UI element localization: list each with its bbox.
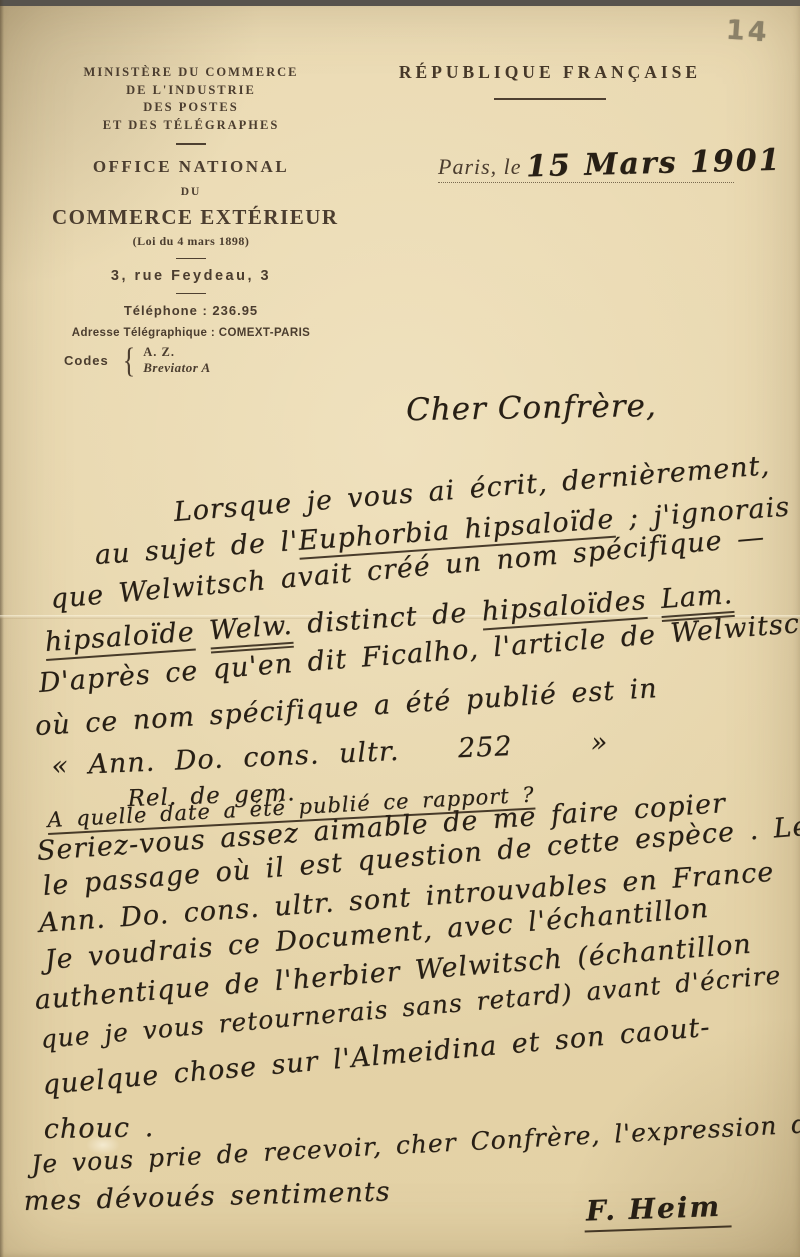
letterhead-divider bbox=[176, 143, 206, 145]
republic-title: RÉPUBLIQUE FRANÇAISE bbox=[383, 62, 717, 83]
handwritten-segment: mes dévoués sentiments bbox=[23, 1176, 391, 1217]
dateline-printed-label: Paris, le bbox=[438, 154, 522, 180]
scan-backdrop-strip bbox=[0, 0, 800, 6]
codes-label: Codes bbox=[64, 353, 109, 368]
salutation: Cher Confrère, bbox=[406, 388, 657, 428]
telegraphic-address: Adresse Télégraphique : COMEXT-PARIS bbox=[52, 327, 330, 339]
handwritten-date: 15 Mars 1901 bbox=[526, 143, 782, 185]
handwritten-line: chouc . bbox=[43, 1112, 154, 1145]
ministry-line: DES POSTES bbox=[52, 99, 330, 117]
handwritten-segment: distinct de bbox=[292, 597, 483, 641]
letter-page: 14 MINISTÈRE DU COMMERCE DE L'INDUSTRIE … bbox=[0, 0, 800, 1257]
commerce-exterieur-line: COMMERCE EXTÉRIEUR bbox=[52, 205, 330, 230]
office-national-line: OFFICE NATIONAL bbox=[52, 157, 330, 177]
ministry-line: MINISTÈRE DU COMMERCE bbox=[52, 64, 330, 82]
letterhead-block: MINISTÈRE DU COMMERCE DE L'INDUSTRIE DES… bbox=[52, 64, 330, 376]
ministry-line: ET DES TÉLÉGRAPHES bbox=[52, 117, 330, 135]
handwritten-segment bbox=[194, 616, 211, 648]
brace-glyph: { bbox=[123, 340, 135, 381]
handwritten-line: mes dévoués sentiments bbox=[23, 1176, 391, 1217]
telephone-number: Téléphone : 236.95 bbox=[52, 303, 330, 318]
street-address: 3, rue Feydeau, 3 bbox=[52, 268, 330, 284]
ministry-line: DE L'INDUSTRIE bbox=[52, 82, 330, 100]
codes-list: A. Z. Breviator A bbox=[143, 345, 211, 376]
republic-header: RÉPUBLIQUE FRANÇAISE bbox=[383, 62, 717, 100]
codes-row: Codes { A. Z. Breviator A bbox=[52, 345, 330, 376]
dateline: Paris, le 15 Mars 1901 bbox=[438, 140, 734, 183]
paper-left-edge-shadow bbox=[0, 0, 4, 1257]
handwritten-segment: chouc . bbox=[43, 1112, 154, 1145]
handwritten-segment: Welw. bbox=[208, 610, 294, 654]
law-reference: (Loi du 4 mars 1898) bbox=[52, 234, 330, 249]
archive-corner-number: 14 bbox=[725, 15, 771, 49]
letterhead-divider bbox=[176, 293, 206, 294]
republic-divider bbox=[494, 98, 606, 100]
office-du-line: DU bbox=[52, 186, 330, 198]
handwritten-segment: hipsaloïde bbox=[44, 617, 196, 661]
signature: F. Heim bbox=[583, 1189, 731, 1232]
letterhead-divider bbox=[176, 258, 206, 259]
code-entry: Breviator A bbox=[143, 360, 211, 376]
code-entry: A. Z. bbox=[143, 345, 211, 360]
